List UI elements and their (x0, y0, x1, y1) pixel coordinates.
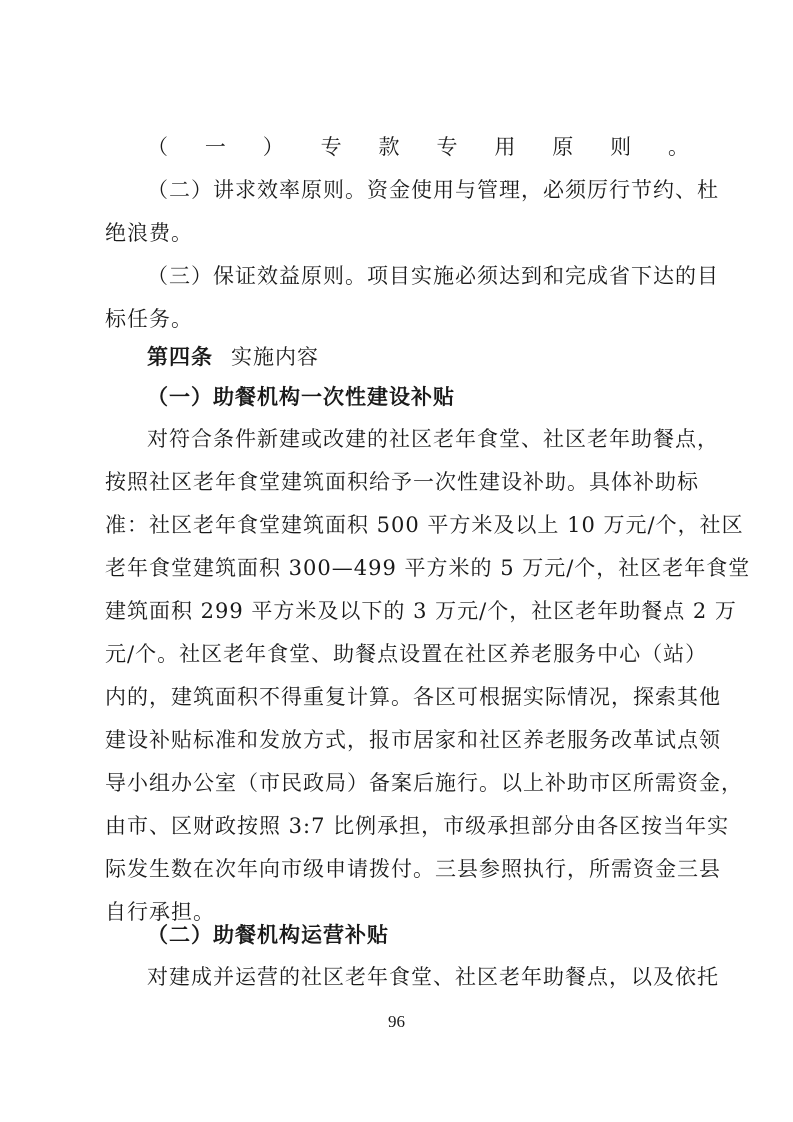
section-1-line-8: 建设补贴标准和发放方式，报市居家和社区养老服务改革试点领 (105, 725, 690, 755)
page-number: 96 (0, 1012, 793, 1032)
section-1-line-7: 内的，建筑面积不得重复计算。各区可根据实际情况，探索其他 (105, 682, 690, 712)
section-2-heading: （二）助餐机构运营补贴 (147, 920, 690, 950)
section-1-line-9: 导小组办公室（市民政局）备案后施行。以上补助市区所需资金， (105, 768, 690, 798)
article-title: 实施内容 (231, 345, 319, 369)
section-1-line-3: 准：社区老年食堂建筑面积 500 平方米及以上 10 万元/个，社区 (105, 510, 690, 540)
section-2-line-1: 对建成并运营的社区老年食堂、社区老年助餐点，以及依托 (147, 962, 690, 992)
principle-2-line-2: 绝浪费。 (105, 218, 690, 248)
section-1-line-4: 老年食堂建筑面积 300—499 平方米的 5 万元/个，社区老年食堂 (105, 553, 690, 583)
document-page: （一）专款专用原则。 （二）讲求效率原则。资金使用与管理，必须厉行节约、杜 绝浪… (0, 0, 793, 1122)
article-label: 第四条 (147, 345, 213, 369)
section-1-line-6: 元/个。社区老年食堂、助餐点设置在社区养老服务中心（站） (105, 639, 690, 669)
section-1-line-5: 建筑面积 299 平方米及以下的 3 万元/个，社区老年助餐点 2 万 (105, 596, 690, 626)
section-1-line-10: 由市、区财政按照 3:7 比例承担，市级承担部分由各区按当年实 (105, 811, 690, 841)
principle-2-line-1: （二）讲求效率原则。资金使用与管理，必须厉行节约、杜 (147, 175, 690, 205)
section-1-line-1: 对符合条件新建或改建的社区老年食堂、社区老年助餐点， (147, 424, 690, 454)
section-1-heading: （一）助餐机构一次性建设补贴 (147, 382, 690, 412)
section-1-line-2: 按照社区老年食堂建筑面积给予一次性建设补助。具体补助标 (105, 467, 690, 497)
principle-3-line-2: 标任务。 (105, 304, 690, 334)
section-1-line-11: 际发生数在次年向市级申请拨付。三县参照执行，所需资金三县 (105, 854, 690, 884)
principle-3-line-1: （三）保证效益原则。项目实施必须达到和完成省下达的目 (147, 261, 690, 291)
principle-1-line-1: （一）专款专用原则。 (147, 132, 690, 162)
article-heading: 第四条实施内容 (147, 342, 690, 372)
